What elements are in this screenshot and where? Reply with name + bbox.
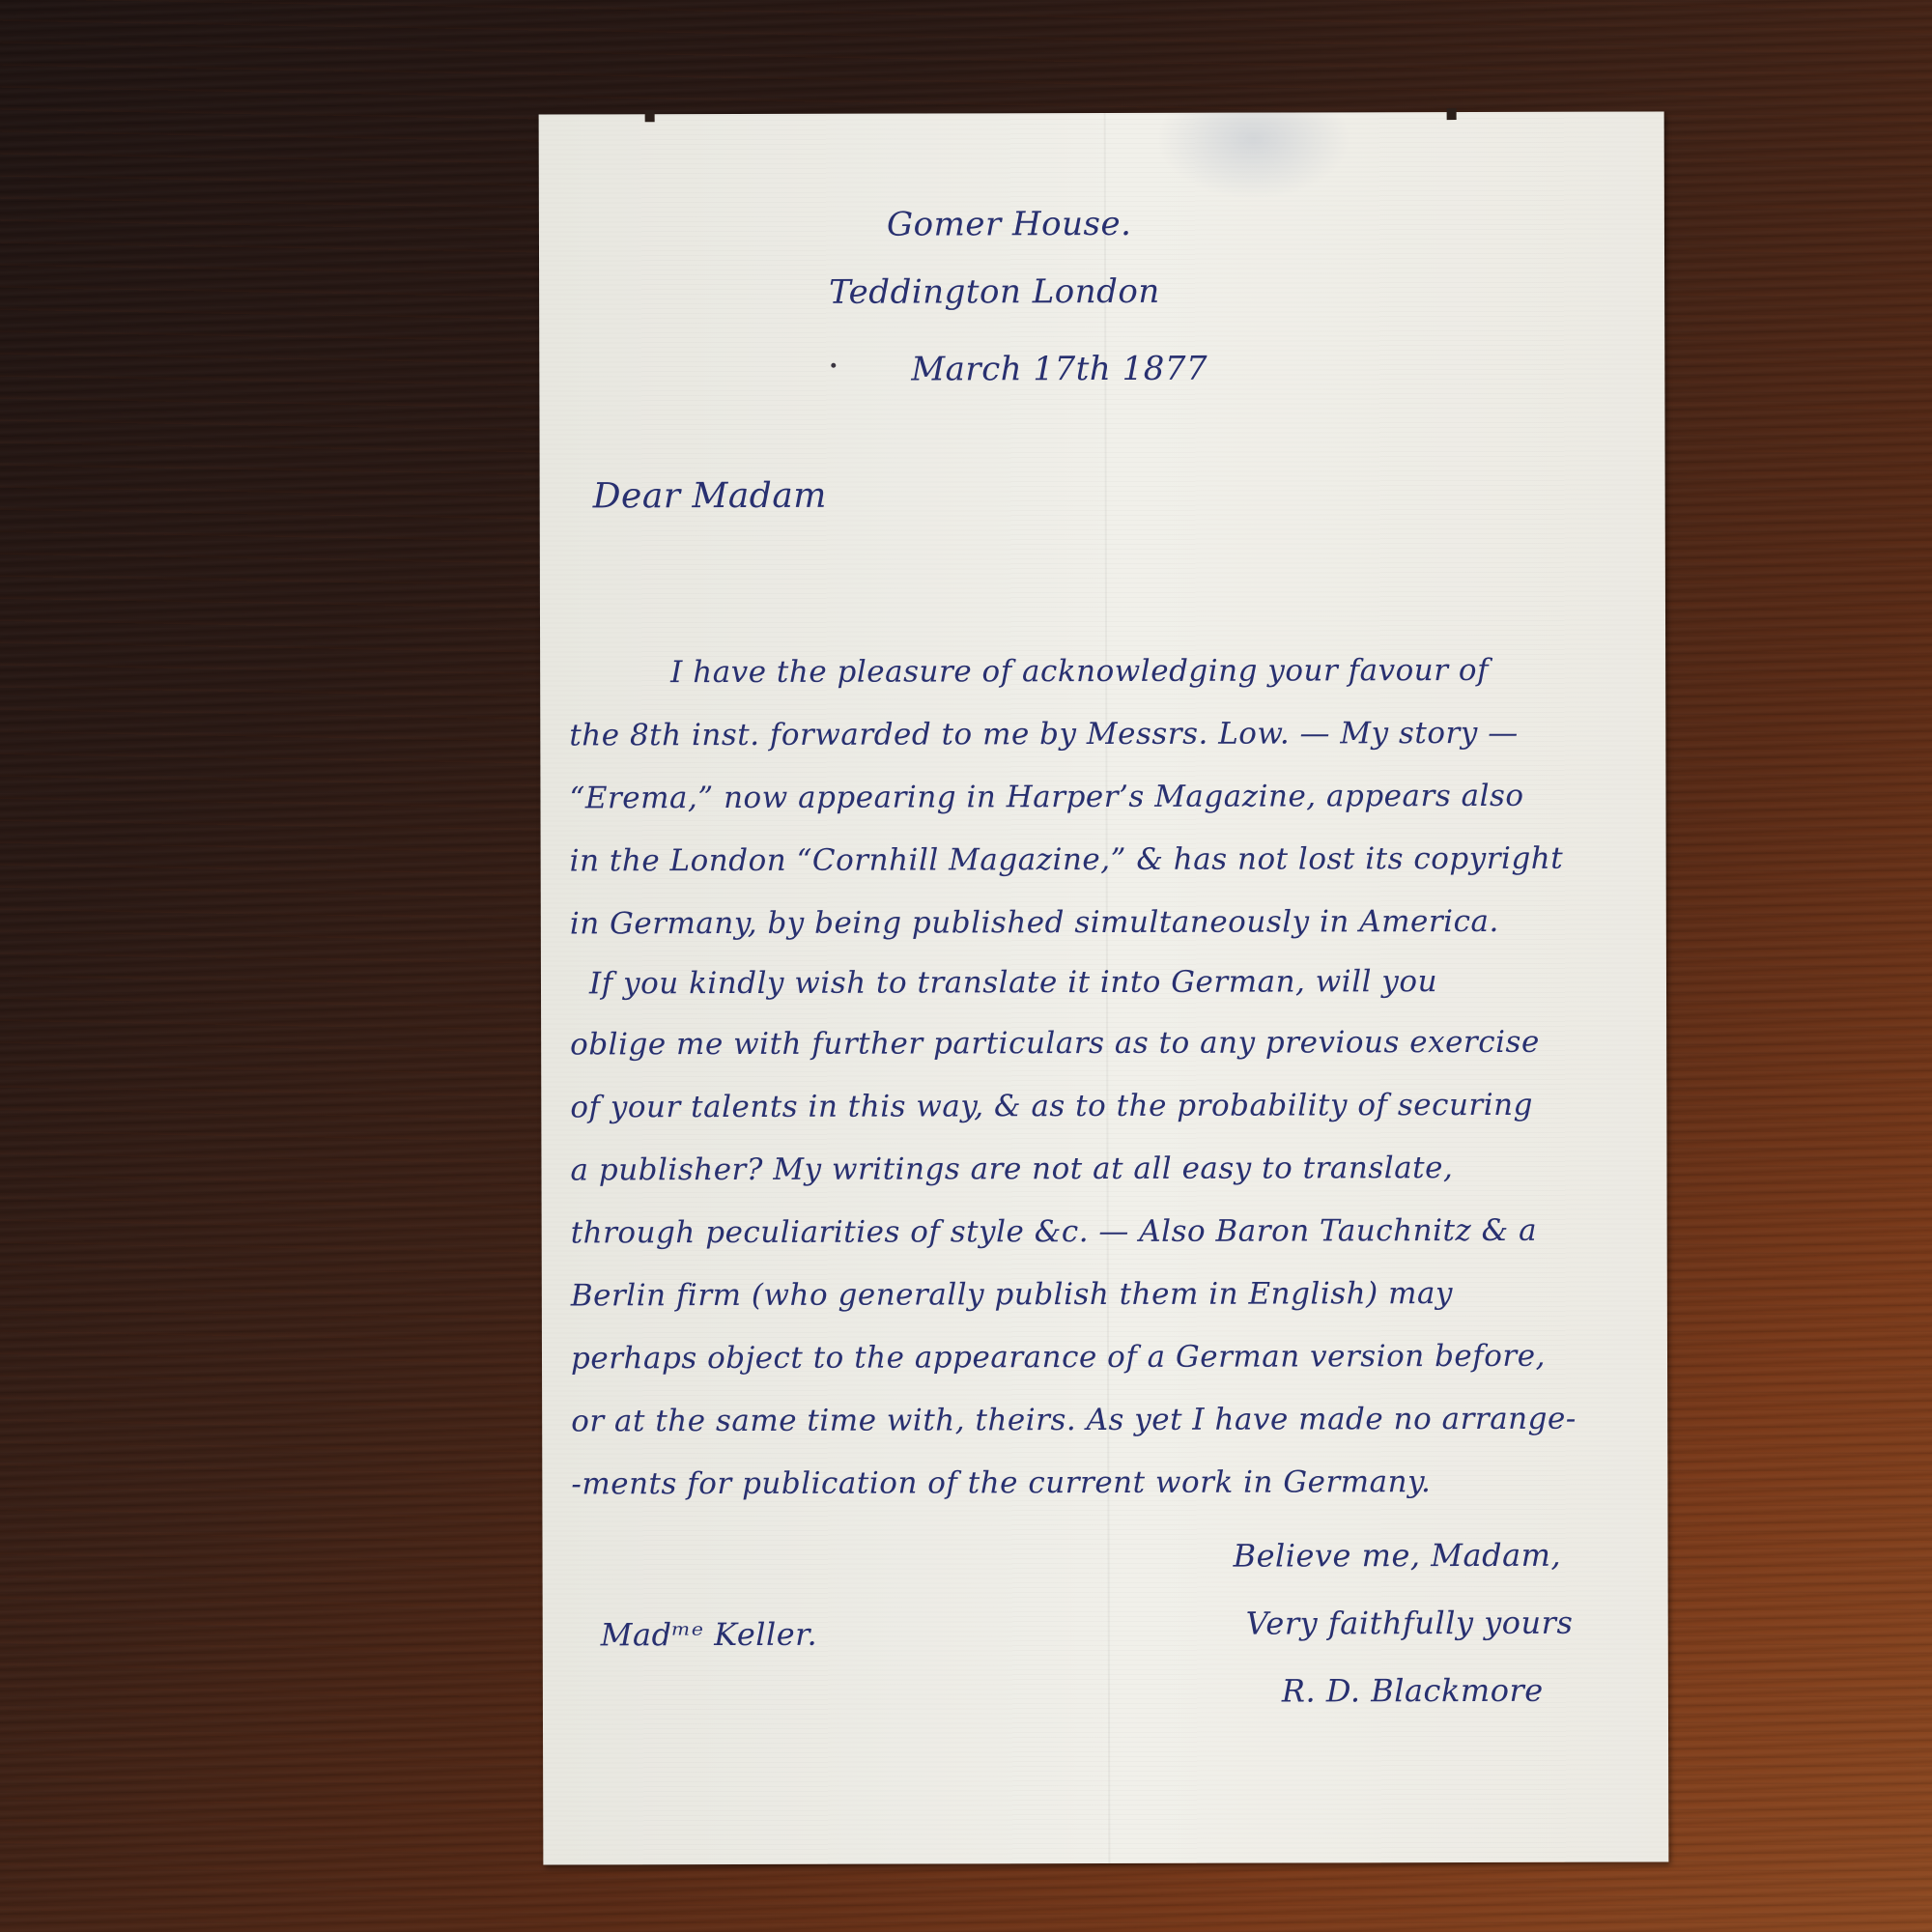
body-line: If you kindly wish to translate it into … <box>589 964 1437 1001</box>
paper-clip-mark <box>1447 108 1457 120</box>
salutation: Dear Madam <box>593 476 827 517</box>
address-line-2: Teddington London <box>829 272 1160 312</box>
signature: R. D. Blackmore <box>1282 1672 1544 1710</box>
paper-watermark <box>1157 112 1350 200</box>
body-line: “Erema,” now appearing in Harper’s Magaz… <box>569 779 1523 816</box>
letter-date: March 17th 1877 <box>911 350 1207 389</box>
ink-dot <box>831 363 836 368</box>
body-line: the 8th inst. forwarded to me by Messrs.… <box>569 716 1518 753</box>
body-line: or at the same time with, theirs. As yet… <box>571 1402 1577 1439</box>
body-line: through peculiarities of style &c. — Als… <box>571 1213 1537 1251</box>
body-line: in the London “Cornhill Magazine,” & has… <box>570 841 1564 879</box>
recipient-name: Madᵐᵉ Keller. <box>601 1616 817 1654</box>
body-line: of your talents in this way, & as to the… <box>570 1088 1533 1125</box>
address-line-1: Gomer House. <box>887 205 1132 244</box>
body-line: Berlin firm (who generally publish them … <box>571 1276 1453 1313</box>
closing-line-1: Believe me, Madam, <box>1233 1537 1561 1575</box>
body-line: in Germany, by being published simultane… <box>570 904 1499 942</box>
body-line: I have the pleasure of acknowledging you… <box>670 653 1489 690</box>
body-line: a publisher? My writings are not at all … <box>570 1151 1453 1187</box>
body-line: perhaps object to the appearance of a Ge… <box>571 1339 1546 1377</box>
body-line: -ments for publication of the current wo… <box>571 1464 1431 1501</box>
paper-clip-mark <box>645 110 655 122</box>
letter-sheet: Gomer House. Teddington London March 17t… <box>539 111 1669 1864</box>
closing-line-2: Very faithfully yours <box>1246 1605 1574 1642</box>
body-line: oblige me with further particulars as to… <box>570 1025 1540 1063</box>
